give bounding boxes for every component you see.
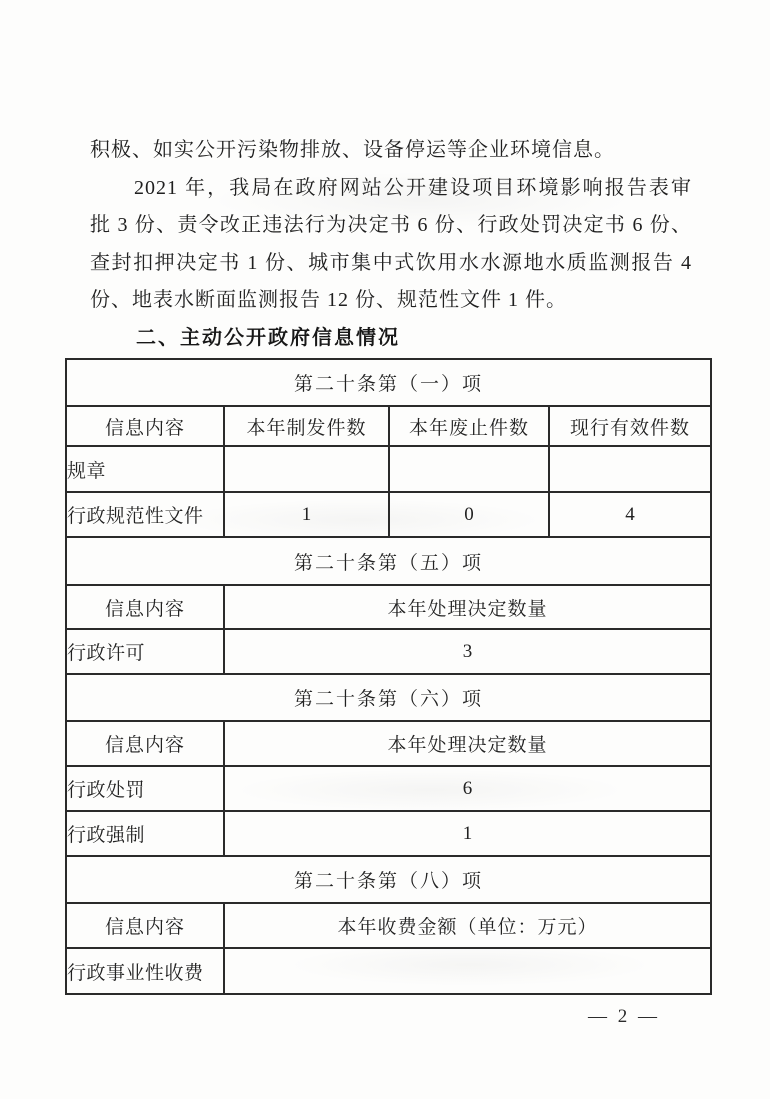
table-cell-value xyxy=(224,948,711,994)
table-cell-value xyxy=(389,446,549,492)
table-section-title: 第二十条第（五）项 xyxy=(66,537,711,585)
table-row: 规章 xyxy=(66,446,711,492)
paragraph-line: 积极、如实公开污染物排放、设备停运等企业环境信息。 xyxy=(90,132,692,170)
table-row: 行政许可 3 xyxy=(66,629,711,674)
table-cell-value: 6 xyxy=(224,766,711,811)
table-row: 行政规范性文件 1 0 4 xyxy=(66,492,711,537)
table-row-label: 行政事业性收费 xyxy=(66,948,224,994)
table-column-header: 本年废止件数 xyxy=(389,406,549,446)
page-number: — 2 — xyxy=(588,1006,660,1028)
table-column-header: 信息内容 xyxy=(66,406,224,446)
table-row-label: 规章 xyxy=(66,446,224,492)
table-row: 行政强制 1 xyxy=(66,811,711,856)
table-column-header: 信息内容 xyxy=(66,585,224,629)
table-column-header: 本年处理决定数量 xyxy=(224,585,711,629)
table-column-header: 本年制发件数 xyxy=(224,406,389,446)
table-column-header: 本年处理决定数量 xyxy=(224,721,711,766)
paragraph-line: 批 3 份、责令改正违法行为决定书 6 份、行政处罚决定书 6 份、 xyxy=(90,207,692,245)
table-section-title: 第二十条第（一）项 xyxy=(66,359,711,406)
table-column-header: 信息内容 xyxy=(66,721,224,766)
paragraph-line: 查封扣押决定书 1 份、城市集中式饮用水水源地水质监测报告 4 xyxy=(90,245,692,283)
table-row-label: 行政规范性文件 xyxy=(66,492,224,537)
table-cell-value: 1 xyxy=(224,492,389,537)
table-cell-value: 0 xyxy=(389,492,549,537)
government-info-disclosure-table: 第二十条第（一）项 信息内容 本年制发件数 本年废止件数 现行有效件数 规章 行… xyxy=(65,358,712,995)
body-paragraphs: 积极、如实公开污染物排放、设备停运等企业环境信息。 2021 年，我局在政府网站… xyxy=(90,132,692,357)
section-heading: 二、主动公开政府信息情况 xyxy=(90,320,692,358)
table-column-header: 现行有效件数 xyxy=(549,406,711,446)
scanned-document-page: 积极、如实公开污染物排放、设备停运等企业环境信息。 2021 年，我局在政府网站… xyxy=(0,0,770,1099)
table-section-title: 第二十条第（八）项 xyxy=(66,856,711,903)
table-row-label: 行政处罚 xyxy=(66,766,224,811)
table-section-title: 第二十条第（六）项 xyxy=(66,674,711,721)
table-cell-value: 4 xyxy=(549,492,711,537)
paragraph-line: 2021 年，我局在政府网站公开建设项目环境影响报告表审 xyxy=(90,170,692,208)
table-column-header: 本年收费金额（单位：万元） xyxy=(224,903,711,948)
table-cell-value: 1 xyxy=(224,811,711,856)
table-row-label: 行政许可 xyxy=(66,629,224,674)
paragraph-line: 份、地表水断面监测报告 12 份、规范性文件 1 件。 xyxy=(90,282,692,320)
table-cell-value xyxy=(549,446,711,492)
table-cell-value: 3 xyxy=(224,629,711,674)
table-row: 行政处罚 6 xyxy=(66,766,711,811)
table-row: 行政事业性收费 xyxy=(66,948,711,994)
table-cell-value xyxy=(224,446,389,492)
table-column-header: 信息内容 xyxy=(66,903,224,948)
table-row-label: 行政强制 xyxy=(66,811,224,856)
